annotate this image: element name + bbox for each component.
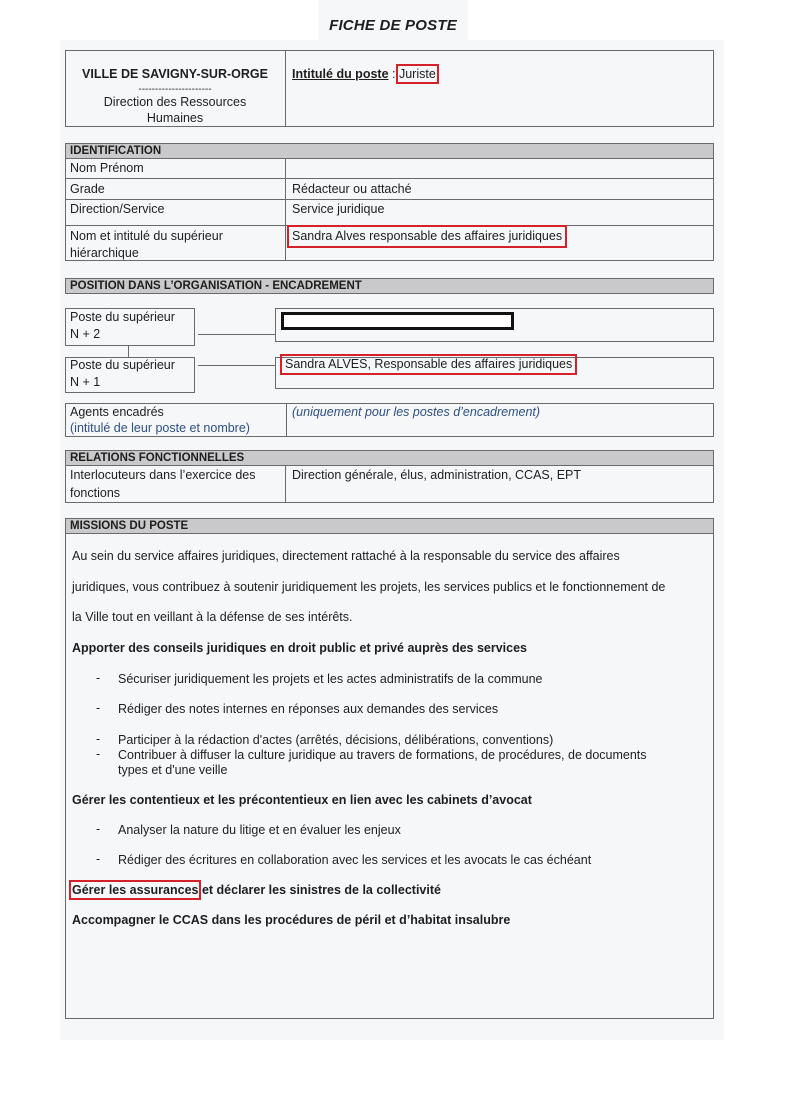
row-label-direction: Direction/Service — [70, 201, 164, 218]
header-divider — [285, 50, 286, 127]
bullet-dash: - — [96, 822, 100, 836]
n2-label-2: N + 2 — [70, 326, 100, 343]
n1-label-2: N + 1 — [70, 374, 100, 391]
relations-value: Direction générale, élus, administration… — [292, 467, 581, 484]
row-label-nom-prenom: Nom Prénom — [70, 160, 144, 177]
row-divider — [65, 225, 714, 226]
mission-bullet-cont: types et d'une veille — [118, 762, 227, 779]
relations-label-1: Interlocuteurs dans l’exercice des — [70, 467, 256, 484]
n1-connector — [198, 365, 276, 366]
mission-heading-ccas: Accompagner le CCAS dans les procédures … — [72, 912, 510, 929]
job-title-line: Intitulé du poste : Juriste — [292, 66, 436, 83]
identification-header: IDENTIFICATION — [65, 143, 714, 159]
missions-intro-2: juridiques, vous contribuez à soutenir j… — [72, 579, 665, 596]
job-title-label: Intitulé du poste — [292, 67, 389, 81]
row-divider — [65, 178, 714, 179]
redacted-box — [281, 312, 514, 330]
mission-bullet: Rédiger des écritures en collaboration a… — [118, 852, 591, 869]
mission-heading-assurances: Gérer les assurances et déclarer les sin… — [72, 882, 441, 899]
bullet-dash: - — [96, 747, 100, 761]
missions-intro-3: la Ville tout en veillant à la défense d… — [72, 609, 353, 626]
assurances-highlight: Gérer les assurances — [72, 883, 198, 897]
assurances-rest: et déclarer les sinistres de la collecti… — [198, 883, 441, 897]
job-title-value: Juriste — [399, 67, 436, 81]
mission-bullet: Sécuriser juridiquement les projets et l… — [118, 671, 543, 688]
missions-intro-1: Au sein du service affaires juridiques, … — [72, 548, 620, 565]
row-label-superieur-1: Nom et intitulé du supérieur — [70, 228, 223, 245]
relations-divider — [285, 465, 286, 503]
identification-col-divider — [285, 158, 286, 261]
agents-label-1: Agents encadrés — [70, 404, 164, 421]
bullet-dash: - — [96, 701, 100, 715]
hierarchy-connector — [128, 346, 129, 357]
row-value-grade: Rédacteur ou attaché — [292, 181, 412, 198]
job-title-separator: : — [389, 67, 399, 81]
bullet-dash: - — [96, 852, 100, 866]
relations-header: RELATIONS FONCTIONNELLES — [65, 450, 714, 466]
position-header: POSITION DANS L’ORGANISATION - ENCADREME… — [65, 278, 714, 294]
agents-divider — [286, 403, 287, 437]
mission-heading-contentieux: Gérer les contentieux et les précontenti… — [72, 792, 532, 809]
missions-header: MISSIONS DU POSTE — [65, 518, 714, 534]
relations-label-2: fonctions — [70, 485, 120, 502]
row-value-superieur: Sandra Alves responsable des affaires ju… — [290, 228, 564, 245]
n1-label-1: Poste du supérieur — [70, 357, 175, 374]
row-label-grade: Grade — [70, 181, 105, 198]
agents-label-2: (intitulé de leur poste et nombre) — [70, 420, 250, 437]
agents-value: (uniquement pour les postes d’encadremen… — [292, 404, 540, 421]
mission-bullet: Analyser la nature du litige et en évalu… — [118, 822, 401, 839]
row-label-superieur-2: hiérarchique — [70, 245, 139, 262]
department-line1: Direction des Ressources — [65, 94, 285, 111]
document-title: FICHE DE POSTE — [0, 17, 786, 34]
n2-label-1: Poste du supérieur — [70, 309, 175, 326]
bullet-dash: - — [96, 671, 100, 685]
bullet-dash: - — [96, 732, 100, 746]
n1-value: Sandra ALVES, Responsable des affaires j… — [283, 357, 574, 372]
mission-heading-conseils: Apporter des conseils juridiques en droi… — [72, 640, 527, 657]
row-divider — [65, 199, 714, 200]
n2-connector — [198, 334, 276, 335]
department-line2: Humaines — [65, 110, 285, 127]
mission-bullet: Rédiger des notes internes en réponses a… — [118, 701, 498, 718]
row-value-direction: Service juridique — [292, 201, 384, 218]
